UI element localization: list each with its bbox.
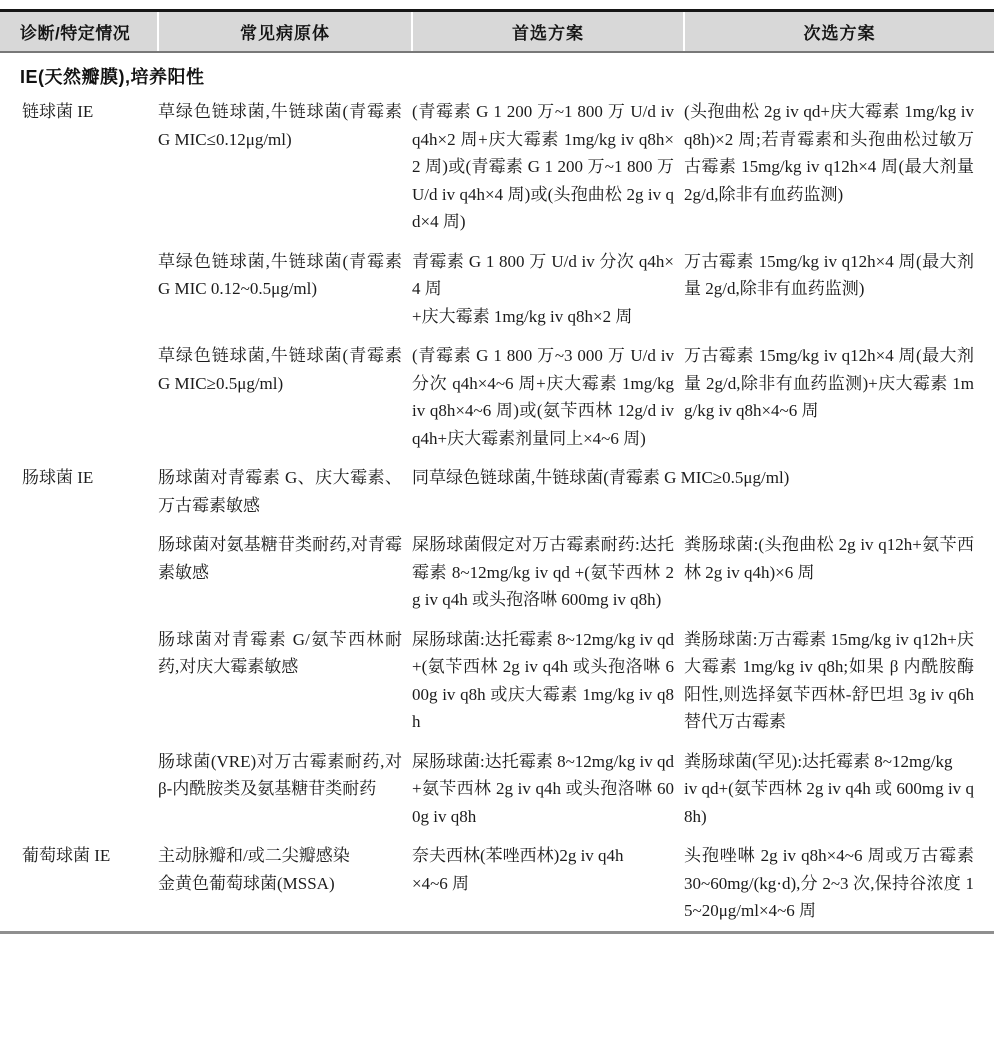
- pathogen-cell: 肠球菌(VRE)对万古霉素耐药,对 β-内酰胺类及氨基糖苷类耐药: [158, 742, 412, 837]
- diagnosis-cell: [0, 336, 158, 458]
- column-header-first-choice: 首选方案: [412, 11, 684, 53]
- column-header-diagnosis: 诊断/特定情况: [0, 11, 158, 53]
- diagnosis-cell: [0, 242, 158, 337]
- first-choice-cell: (青霉素 G 1 800 万~3 000 万 U/d iv 分次 q4h×4~6…: [412, 336, 684, 458]
- second-choice-cell: 万古霉素 15mg/kg iv q12h×4 周(最大剂量 2g/d,除非有血药…: [684, 242, 994, 337]
- pathogen-cell: 肠球菌对青霉素 G、庆大霉素、万古霉素敏感: [158, 458, 412, 525]
- diagnosis-cell: 链球菌 IE: [0, 92, 158, 242]
- first-choice-cell: 屎肠球菌:达托霉素 8~12mg/kg iv qd +(氨苄西林 2g iv q…: [412, 620, 684, 742]
- diagnosis-cell: [0, 620, 158, 742]
- document-page: 诊断/特定情况 常见病原体 首选方案 次选方案 IE(天然瓣膜),培养阳性 链球…: [0, 0, 994, 1048]
- second-choice-cell: 粪肠球菌(罕见):达托霉素 8~12mg/kg iv qd+(氨苄西林 2g i…: [684, 742, 994, 837]
- second-choice-cell: 万古霉素 15mg/kg iv q12h×4 周(最大剂量 2g/d,除非有血药…: [684, 336, 994, 458]
- second-choice-cell: 粪肠球菌:万古霉素 15mg/kg iv q12h+庆大霉素 1mg/kg iv…: [684, 620, 994, 742]
- table-row: 草绿色链球菌,牛链球菌(青霉素 G MIC 0.12~0.5μg/ml) 青霉素…: [0, 242, 994, 337]
- second-choice-cell: 粪肠球菌:(头孢曲松 2g iv q12h+氨苄西林 2g iv q4h)×6 …: [684, 525, 994, 620]
- header-row: 诊断/特定情况 常见病原体 首选方案 次选方案: [0, 11, 994, 53]
- section-title: IE(天然瓣膜),培养阳性: [0, 52, 994, 92]
- table-row: 肠球菌对青霉素 G/氨苄西林耐药,对庆大霉素敏感 屎肠球菌:达托霉素 8~12m…: [0, 620, 994, 742]
- table-row: 草绿色链球菌,牛链球菌(青霉素 G MIC≥0.5μg/ml) (青霉素 G 1…: [0, 336, 994, 458]
- table-row: 肠球菌对氨基糖苷类耐药,对青霉素敏感 屎肠球菌假定对万古霉素耐药:达托霉素 8~…: [0, 525, 994, 620]
- first-choice-cell: (青霉素 G 1 200 万~1 800 万 U/d iv q4h×2 周+庆大…: [412, 92, 684, 242]
- diagnosis-cell: 肠球菌 IE: [0, 458, 158, 525]
- second-choice-cell: (头孢曲松 2g iv qd+庆大霉素 1mg/kg iv q8h)×2 周;若…: [684, 92, 994, 242]
- column-header-second-choice: 次选方案: [684, 11, 994, 53]
- pathogen-cell: 肠球菌对氨基糖苷类耐药,对青霉素敏感: [158, 525, 412, 620]
- pathogen-cell: 草绿色链球菌,牛链球菌(青霉素 G MIC≤0.12μg/ml): [158, 92, 412, 242]
- pathogen-cell: 肠球菌对青霉素 G/氨苄西林耐药,对庆大霉素敏感: [158, 620, 412, 742]
- first-choice-cell-spanning: 同草绿色链球菌,牛链球菌(青霉素 G MIC≥0.5μg/ml): [412, 458, 994, 525]
- diagnosis-cell: [0, 525, 158, 620]
- ie-treatment-table: 诊断/特定情况 常见病原体 首选方案 次选方案 IE(天然瓣膜),培养阳性 链球…: [0, 9, 994, 934]
- diagnosis-cell: 葡萄球菌 IE: [0, 836, 158, 932]
- diagnosis-cell: [0, 742, 158, 837]
- second-choice-cell: 头孢唑啉 2g iv q8h×4~6 周或万古霉素 30~60mg/(kg·d)…: [684, 836, 994, 932]
- section-header-row: IE(天然瓣膜),培养阳性: [0, 52, 994, 92]
- table-body: IE(天然瓣膜),培养阳性 链球菌 IE 草绿色链球菌,牛链球菌(青霉素 G M…: [0, 52, 994, 932]
- first-choice-cell: 奈夫西林(苯唑西林)2g iv q4h ×4~6 周: [412, 836, 684, 932]
- first-choice-cell: 青霉素 G 1 800 万 U/d iv 分次 q4h×4 周 +庆大霉素 1m…: [412, 242, 684, 337]
- table-row: 葡萄球菌 IE 主动脉瓣和/或二尖瓣感染 金黄色葡萄球菌(MSSA) 奈夫西林(…: [0, 836, 994, 932]
- pathogen-cell: 草绿色链球菌,牛链球菌(青霉素 G MIC 0.12~0.5μg/ml): [158, 242, 412, 337]
- first-choice-cell: 屎肠球菌假定对万古霉素耐药:达托霉素 8~12mg/kg iv qd +(氨苄西…: [412, 525, 684, 620]
- pathogen-cell: 主动脉瓣和/或二尖瓣感染 金黄色葡萄球菌(MSSA): [158, 836, 412, 932]
- table-row: 肠球菌 IE 肠球菌对青霉素 G、庆大霉素、万古霉素敏感 同草绿色链球菌,牛链球…: [0, 458, 994, 525]
- table-row: 肠球菌(VRE)对万古霉素耐药,对 β-内酰胺类及氨基糖苷类耐药 屎肠球菌:达托…: [0, 742, 994, 837]
- table-row: 链球菌 IE 草绿色链球菌,牛链球菌(青霉素 G MIC≤0.12μg/ml) …: [0, 92, 994, 242]
- first-choice-cell: 屎肠球菌:达托霉素 8~12mg/kg iv qd+氨苄西林 2g iv q4h…: [412, 742, 684, 837]
- column-header-pathogen: 常见病原体: [158, 11, 412, 53]
- table-header: 诊断/特定情况 常见病原体 首选方案 次选方案: [0, 11, 994, 53]
- pathogen-cell: 草绿色链球菌,牛链球菌(青霉素 G MIC≥0.5μg/ml): [158, 336, 412, 458]
